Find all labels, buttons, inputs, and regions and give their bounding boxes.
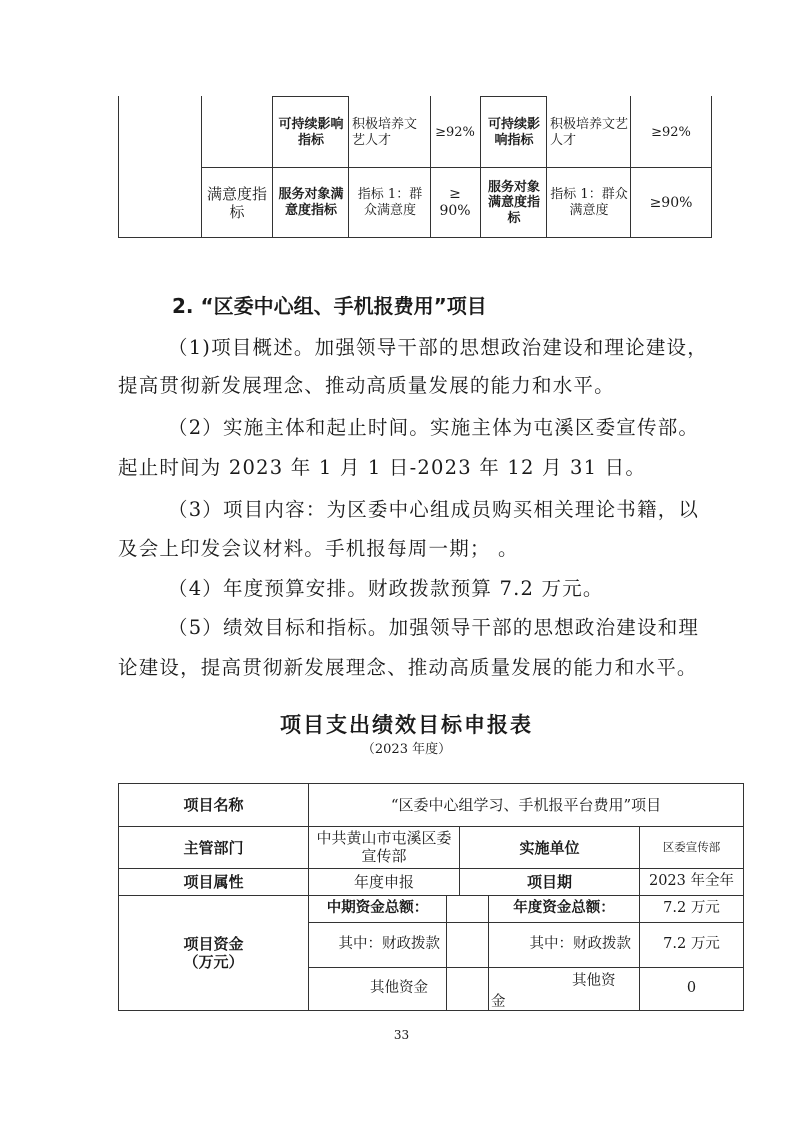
form-subtitle: （2023 年度） xyxy=(0,738,793,757)
project-funds-label: 项目资金 （万元） xyxy=(119,896,308,1010)
project-funds-unit: （万元） xyxy=(183,953,243,971)
paragraph-content-cont: 及会上印发会议材料。手机报每周一期； 。 xyxy=(118,533,708,561)
indicator-desc-cell: 积极培养文艺人才 xyxy=(352,100,428,166)
paragraph-implementer: （2）实施主体和起止时间。实施主体为屯溪区委宣传部。 xyxy=(118,412,758,440)
indicator-type-cell: 可持续影响指标 xyxy=(486,100,542,166)
indicator-type-cell: 服务对象满意度指标 xyxy=(276,170,346,236)
paragraph-content: （3）项目内容：为区委中心组成员购买相关理论书籍，以 xyxy=(118,494,758,522)
indicator-desc-cell: 指标 1：群众满意度 xyxy=(352,170,428,236)
paragraph-overview: （1)项目概述。加强领导干部的思想政治建设和理论建设， xyxy=(118,332,758,360)
project-period-value: 2023 年全年 xyxy=(640,869,743,895)
table-border xyxy=(480,96,547,97)
annual-other-label: 其他资 xyxy=(572,969,616,990)
project-period-label: 项目期 xyxy=(460,869,639,895)
project-attribute-label: 项目属性 xyxy=(119,869,308,895)
indicator-category-cell: 满意度指标 xyxy=(204,170,270,236)
project-name-value: “区委中心组学习、手机报平台费用”项目 xyxy=(309,784,743,826)
page-number: 33 xyxy=(0,1028,793,1042)
mid-term-fiscal-label: 其中：财政拨款 xyxy=(309,923,446,967)
annual-other-value: 0 xyxy=(640,968,743,1010)
table-border xyxy=(743,783,744,1011)
supervising-dept-label: 主管部门 xyxy=(119,827,308,868)
project-name-label: 项目名称 xyxy=(119,784,308,826)
annual-total-label: 年度资金总额： xyxy=(489,896,639,922)
project-funds-title: 项目资金 xyxy=(183,935,243,953)
indicator-type-cell: 服务对象满意度指标 xyxy=(486,170,542,236)
implementing-unit-value: 区委宣传部 xyxy=(640,827,743,868)
table-border xyxy=(118,1010,744,1011)
indicator-desc-cell: 积极培养文艺人才 xyxy=(550,100,628,166)
annual-other-label-wrap: 金 xyxy=(491,990,506,1011)
mid-term-other-label: 其他资金 xyxy=(309,968,446,1010)
annual-total-value: 7.2 万元 xyxy=(640,896,743,922)
indicator-value-cell: ≥90% xyxy=(631,170,711,236)
annual-fiscal-value: 7.2 万元 xyxy=(640,923,743,967)
indicator-value-cell: ≥92% xyxy=(431,100,479,166)
indicator-desc-cell: 指标 1：群众满意度 xyxy=(550,170,628,236)
table-border xyxy=(118,237,712,238)
paragraph-overview-cont: 提高贯彻新发展理念、推动高质量发展的能力和水平。 xyxy=(118,370,708,398)
section-heading: 2. “区委中心组、手机报费用”项目 xyxy=(172,290,487,319)
table-border xyxy=(272,96,349,97)
paragraph-goals-cont: 论建设，提高贯彻新发展理念、推动高质量发展的能力和水平。 xyxy=(118,652,708,680)
supervising-dept-value: 中共黄山市屯溪区委宣传部 xyxy=(312,827,456,868)
indicator-type-cell: 可持续影响指标 xyxy=(276,100,346,166)
paragraph-implementer-cont: 起止时间为 2023 年 1 月 1 日-2023 年 12 月 31 日。 xyxy=(118,452,708,480)
mid-term-total-label: 中期资金总额： xyxy=(309,896,446,922)
project-attribute-value: 年度申报 xyxy=(309,869,459,895)
paragraph-goals: （5）绩效目标和指标。加强领导干部的思想政治建设和理 xyxy=(118,612,758,640)
indicator-value-cell: ≥ 90% xyxy=(433,170,477,236)
mid-term-value-empty xyxy=(447,896,488,1010)
implementing-unit-label: 实施单位 xyxy=(460,827,639,868)
paragraph-budget: （4）年度预算安排。财政拨款预算 7.2 万元。 xyxy=(118,573,758,601)
annual-fiscal-label: 其中：财政拨款 xyxy=(489,923,639,967)
table-border xyxy=(118,96,119,237)
indicator-value-cell: ≥92% xyxy=(631,100,711,166)
form-title: 项目支出绩效目标申报表 xyxy=(0,709,793,739)
table-border xyxy=(201,167,712,168)
